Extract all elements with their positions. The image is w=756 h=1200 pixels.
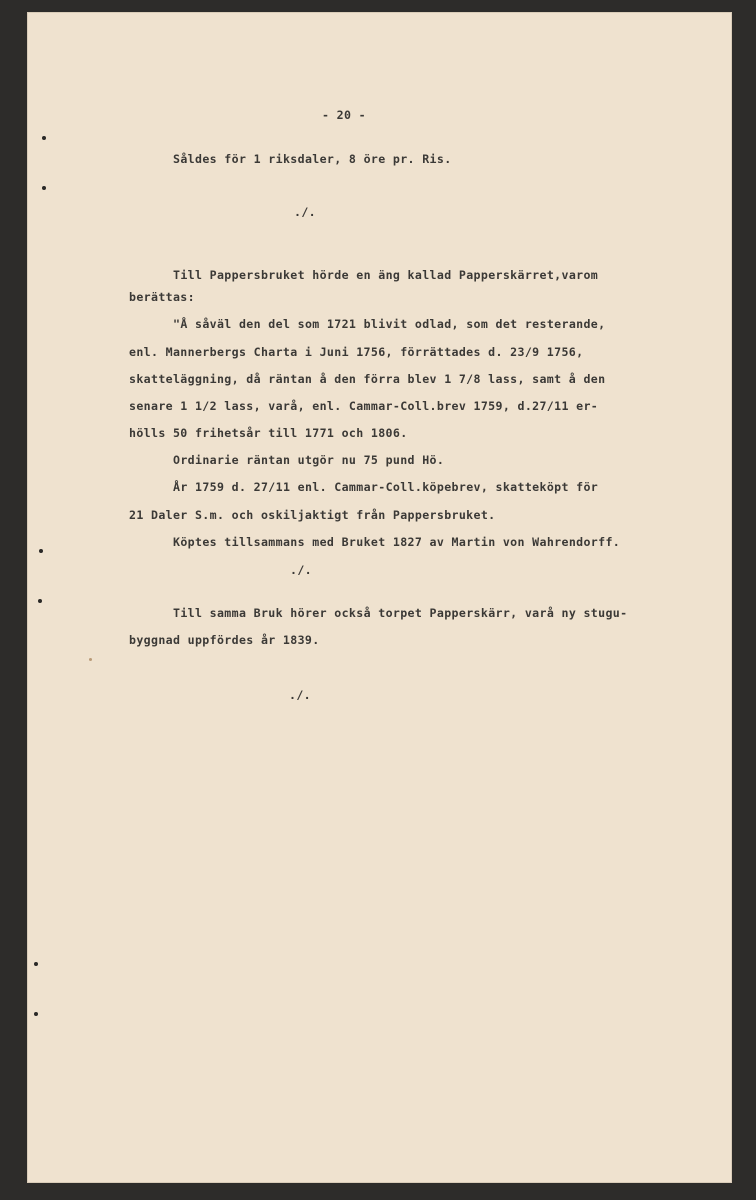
punch-hole-dot (34, 962, 38, 966)
text-line: År 1759 d. 27/11 enl. Cammar-Coll.köpebr… (173, 482, 598, 494)
punch-hole-dot (34, 1012, 38, 1016)
text-line: skatteläggning, då räntan å den förra bl… (129, 374, 605, 386)
text-line: Till samma Bruk hörer också torpet Pappe… (173, 608, 627, 620)
text-line: "Å såväl den del som 1721 blivit odlad, … (173, 319, 605, 331)
text-line: berättas: (129, 292, 195, 304)
document-page: - 20 - Såldes för 1 riksdaler, 8 öre pr.… (27, 12, 732, 1183)
text-line: Köptes tillsammans med Bruket 1827 av Ma… (173, 537, 620, 549)
punch-hole-dot (38, 599, 42, 603)
text-line: Såldes för 1 riksdaler, 8 öre pr. Ris. (173, 154, 452, 166)
text-line: 21 Daler S.m. och oskiljaktigt från Papp… (129, 510, 496, 522)
scan-background: - 20 - Såldes för 1 riksdaler, 8 öre pr.… (0, 0, 756, 1200)
text-line: byggnad uppfördes år 1839. (129, 635, 320, 647)
text-line: Till Pappersbruket hörde en äng kallad P… (173, 270, 598, 282)
text-line: hölls 50 frihetsår till 1771 och 1806. (129, 428, 408, 440)
punch-hole-dot (42, 136, 46, 140)
text-line: senare 1 1/2 lass, varå, enl. Cammar-Col… (129, 401, 598, 413)
page-number: - 20 - (322, 110, 366, 122)
text-line: Ordinarie räntan utgör nu 75 pund Hö. (173, 455, 444, 467)
text-line: enl. Mannerbergs Charta i Juni 1756, för… (129, 347, 583, 359)
punch-hole-dot (42, 186, 46, 190)
text-line: ./. (290, 565, 312, 577)
punch-hole-dot (39, 549, 43, 553)
paper-speck (89, 658, 92, 661)
text-line: ./. (289, 690, 311, 702)
text-line: ./. (294, 207, 316, 219)
